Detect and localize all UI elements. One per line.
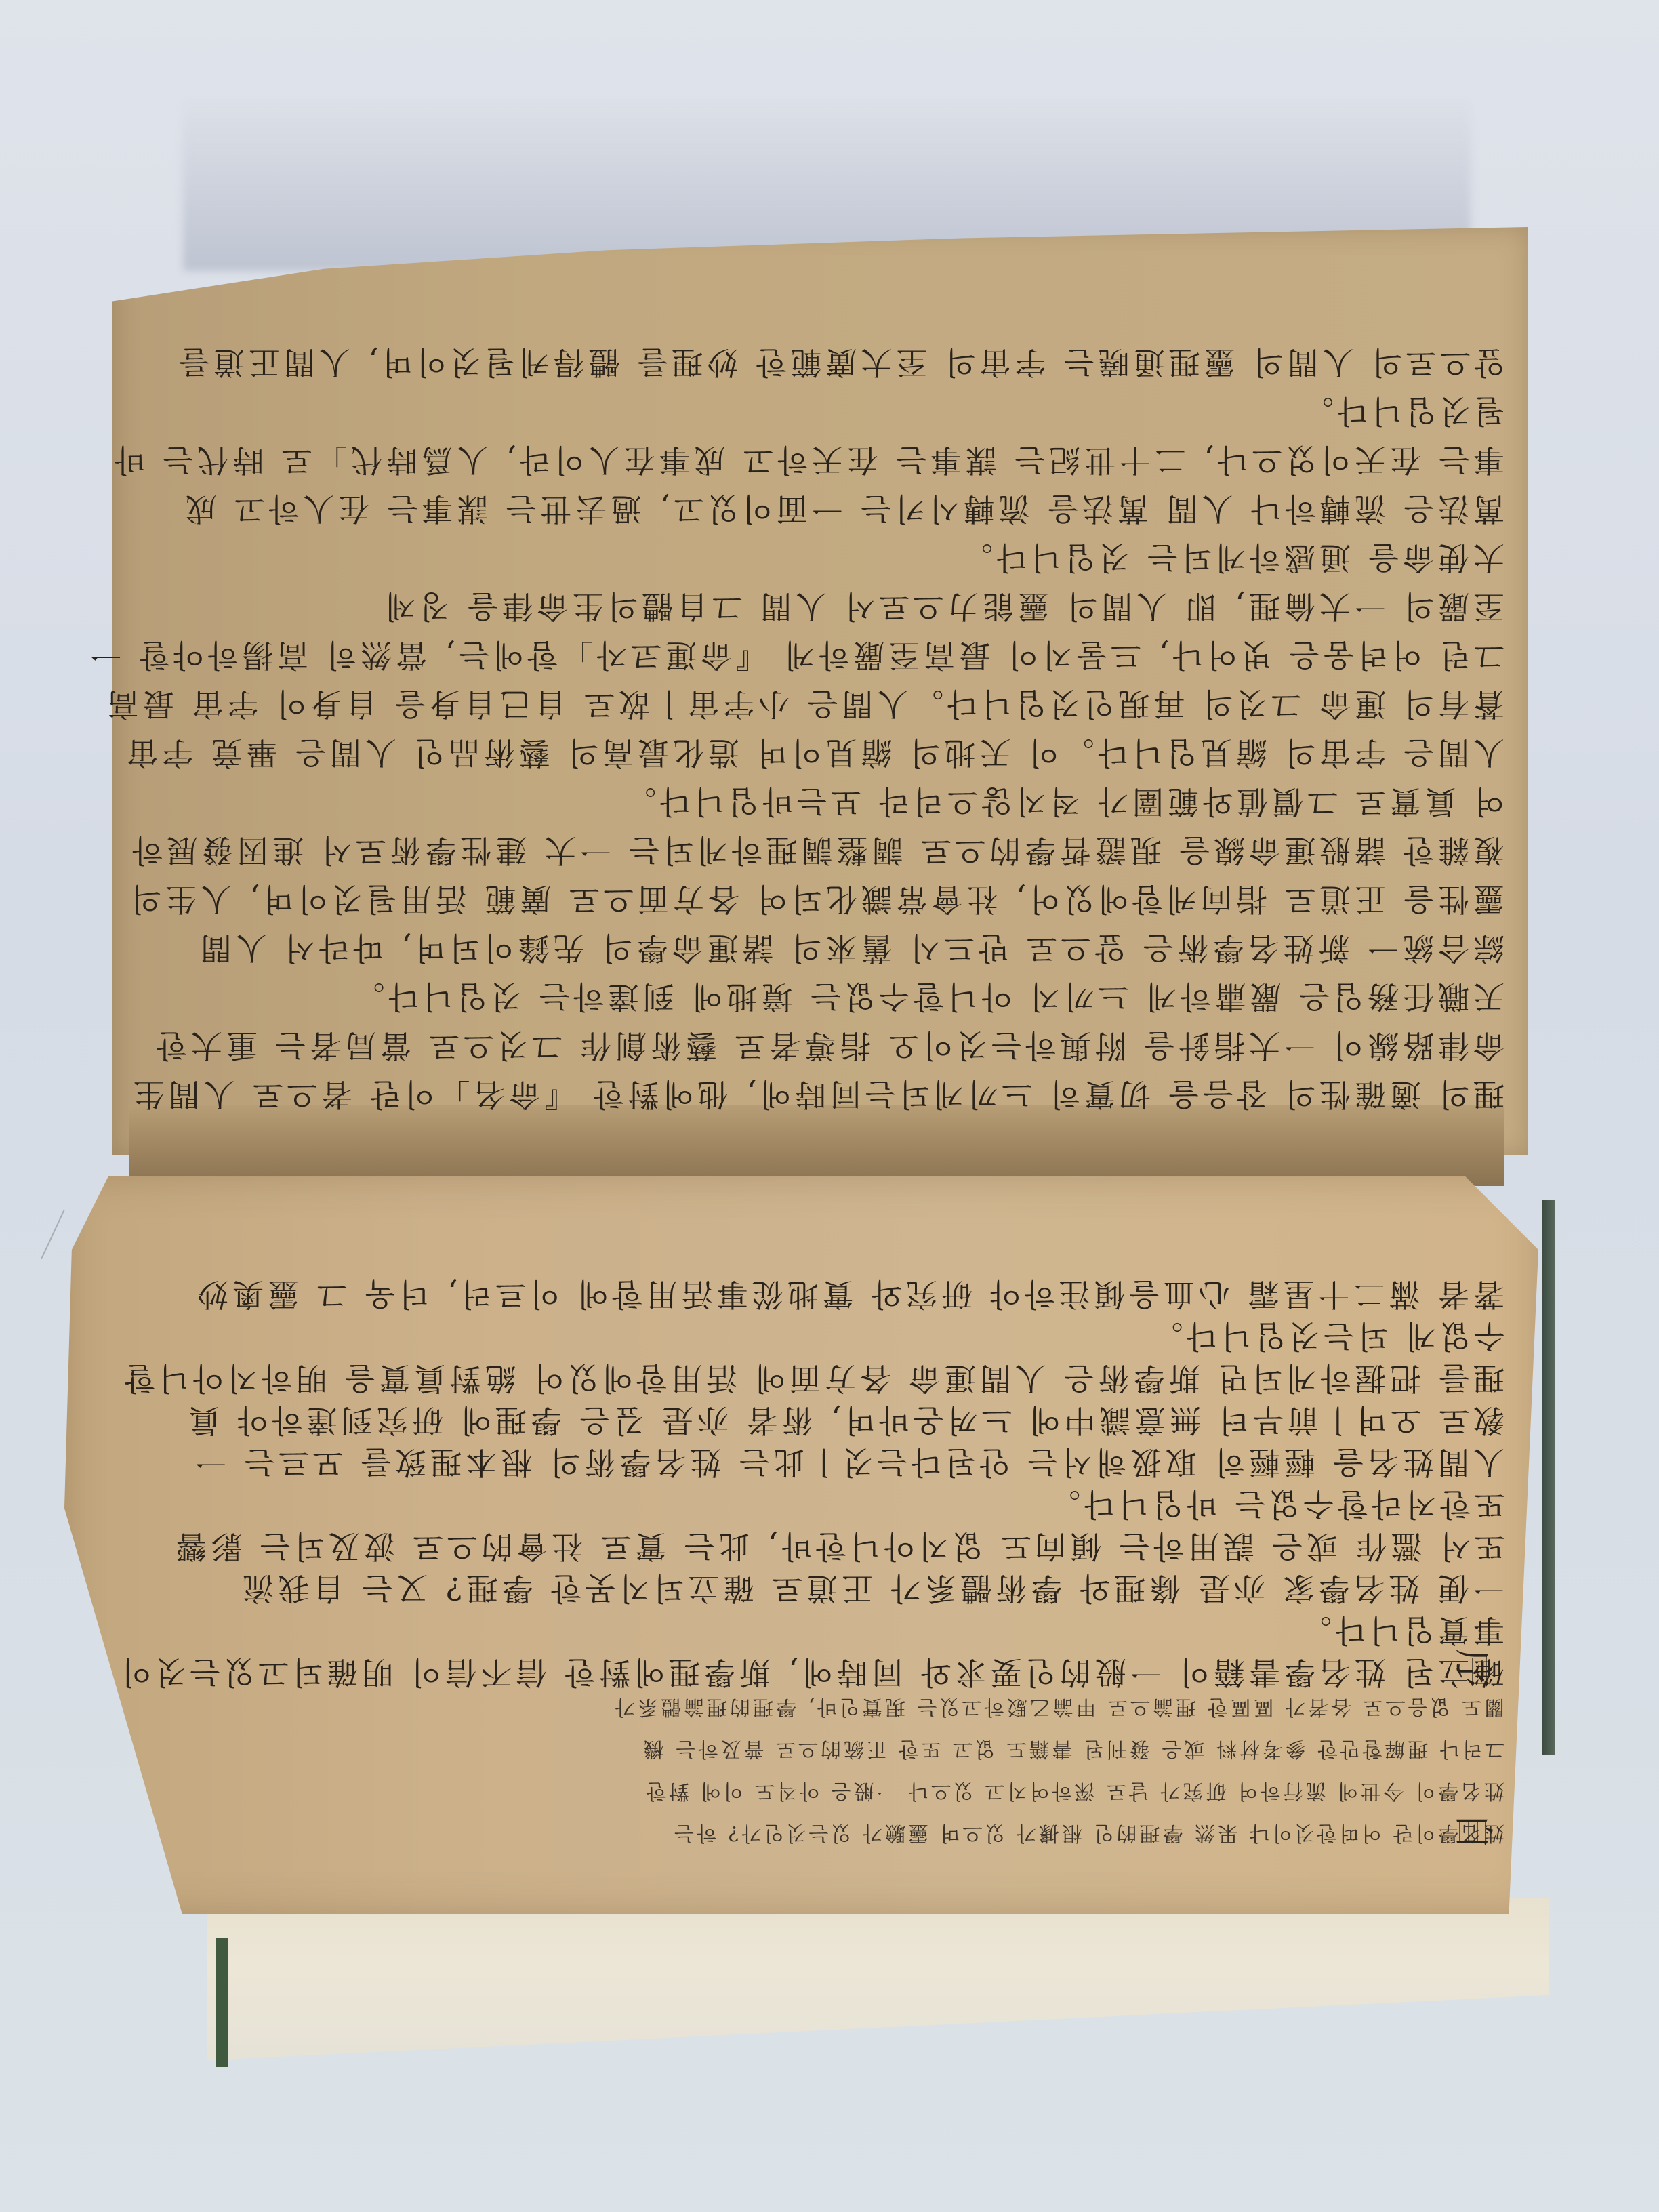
text-column: 萬法은 流轉하나 人間 萬法을 流轉시키는 一面이있고, 過去世는 謀事는 在人… [182, 489, 1504, 533]
text-column: 여 眞實로 그價値와範圍가 적지않으리라 보는바입니다。 [621, 781, 1504, 826]
book-spine-edge [1542, 1200, 1555, 1755]
text-column: 綜合統一 新姓名學術은 앞으로 반드시 舊來의 諸運命學의 先鋒이되며, 따라서… [197, 928, 1504, 972]
text-column: 姓名學이란 어떠한것이냐 果然 學理的인 根據가 있으며 靈驗가 있는것인가? … [672, 1820, 1504, 1850]
text-column: 그런 어려움은 벗어나, 드물지이 最高至嚴하게 『命運코자」함에는, 當然히 … [86, 635, 1504, 680]
book-cover-edge [216, 1938, 228, 2067]
page-block-edges [207, 1898, 1549, 2060]
text-column: 一便 姓名學家 亦是 條理와 學術體系가 正道로 確立되지못한 學理? 又는 自… [239, 1568, 1504, 1613]
text-column: 著者 滿二十星霜 心血을傾注하야 研究와 實地從事活用함에 이르러, 더욱 그 … [193, 1274, 1504, 1319]
text-column: 靈性을 正道로 指向케함에있어, 社會常識化되여 各方面으로 廣範 活用될것이며… [127, 879, 1504, 924]
text-column: 앞으로의 人間의 靈理通曉는 宇宙의 至大廣範한 妙理를 體得케될것이며, 人間… [175, 342, 1504, 387]
text-column: 天職任務입은 嚴肅하게 느끼지 아니할수없는 境地에 到達하는 것입니다。 [350, 977, 1504, 1021]
text-column: 事는 在天이었으나, 二十世紀는 謀事는 在天하고 成事在人이라, 人爲時代」로… [111, 440, 1504, 485]
text-column: 理의 適確性의 잡음을 切實히 느끼게되는同時에, 他에對한 『命名」이란 者으… [129, 1074, 1504, 1119]
section-title-char-2: 序 [1448, 1649, 1505, 1688]
text-column: 수없게 되는것입니다。 [1147, 1316, 1504, 1361]
text-column: 大使命을 通感하게되는 것입니다。 [958, 537, 1504, 582]
text-column: 姓名學이 今世에 流行하여 研究가 날로 深하여지고 있으나 一般은 아직도 이… [644, 1778, 1504, 1808]
text-column: 關도 없음으로 各者가 區區한 理論으로 甲論乙駁하고있는 現實인바, 學理的理… [613, 1694, 1504, 1724]
text-column: 命律路線이 一大指針을 附與하는것이오 指導者로 藝術創作 그것으로 當局者는 … [153, 1025, 1504, 1070]
text-column: 確立된 姓名學書籍이 一般的인要求와 同時에, 斯學理에對한 信不信이 明確되고… [118, 1652, 1504, 1697]
text-column: 또한저라할수없는 바입니다。 [1045, 1484, 1504, 1529]
text-column: 蒼有의 運命 그것의 再現인것입니다。人間은 小宇宙ㅣ故로 自己自身을 自身이 … [104, 684, 1504, 729]
text-column: 될것입니다。 [1298, 391, 1504, 436]
text-column: 또서 濫作 或은 誤用하는 傾向도 없지아니한바, 此는 實로 社會的으로 波及… [171, 1526, 1504, 1571]
text-column: 至嚴의 一大倫理, 即 人間의 靈能力으로서 人間 그自體의生命律을 징제 [382, 586, 1504, 631]
text-column: 人間姓名을 輕輕히 取扱해서는 안된다는것ㅣ此는 姓名學術의 根本理致를 모르는… [191, 1442, 1504, 1487]
section-title-char-1: 自 [1448, 1811, 1505, 1851]
text-column: 複雜한 諸般運命線을 現證哲學的으로 調整調理하게되는 一大 建性學術로서 進因… [128, 830, 1504, 875]
text-column: 理를 把握하게되면 斯學術은 人間運命 各方面에 活用함에있어 絶對眞實을 明하… [121, 1358, 1504, 1403]
text-column: 그러나 理解할만한 參考材料 或은 發刊된 書籍도 없고 또한 正統的으로 普及… [641, 1736, 1504, 1766]
text-column: 人間은 宇宙의 縮見입니다。이 天地의 縮見이며 造化最高의 藝術品인 人間은 … [123, 733, 1504, 777]
text-column: 敎로 오며ㅣ前부터 無意識中에 느껴온바며, 術者 亦是 깊은 學理에 研究到達… [184, 1400, 1504, 1445]
